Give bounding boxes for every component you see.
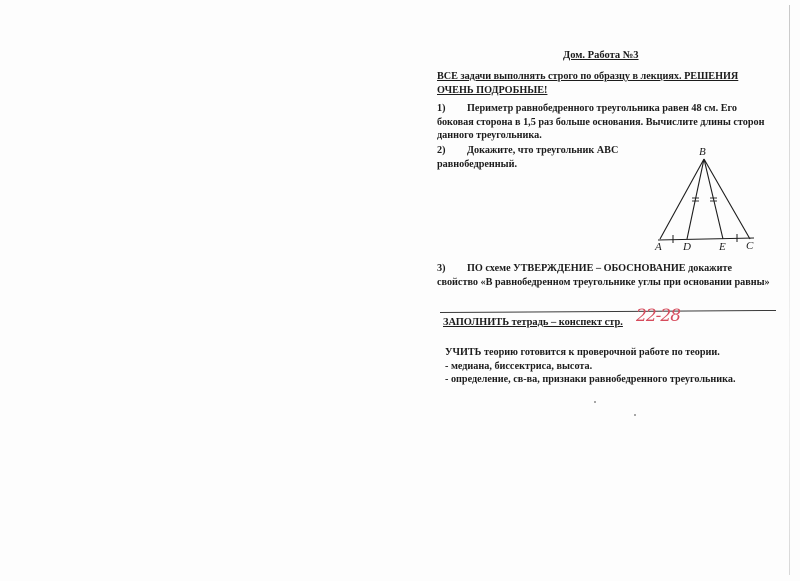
fill-notebook-instruction: ЗАПОЛНИТЬ тетрадь – конспект стр. xyxy=(443,317,623,328)
handwritten-page-range: 22-28 xyxy=(636,306,680,326)
fill-notebook-text: ЗАПОЛНИТЬ тетрадь – конспект стр. xyxy=(443,317,623,328)
triangle-diagram: B A D E C xyxy=(650,142,770,254)
study-heading: УЧИТЬ теорию готовится к проверочной раб… xyxy=(445,346,775,360)
scanned-page: Дом. Работа №3 ВСЕ задачи выполнять стро… xyxy=(0,0,800,581)
study-item: - определение, св-ва, признаки равнобедр… xyxy=(445,373,775,387)
label-e: E xyxy=(718,241,726,253)
task-number: 1) xyxy=(437,102,467,116)
section-divider xyxy=(440,310,776,313)
label-a: A xyxy=(654,241,662,253)
assignment-title: Дом. Работа №3 xyxy=(563,50,639,61)
task-3: 3)ПО схеме УТВЕРЖДЕНИЕ – ОБОСНОВАНИЕ док… xyxy=(437,262,772,289)
scan-speck xyxy=(634,414,636,416)
task-number: 2) xyxy=(437,144,467,158)
instructions-intro: ВСЕ задачи выполнять строго по образцу в… xyxy=(437,70,767,97)
scan-speck xyxy=(594,401,596,403)
page-edge-line xyxy=(789,5,790,575)
task-text: Периметр равнобедренного треугольника ра… xyxy=(437,103,765,141)
label-c: C xyxy=(746,240,754,252)
task-1: 1)Периметр равнобедренного треугольника … xyxy=(437,102,767,143)
label-b: B xyxy=(699,146,706,158)
label-d: D xyxy=(682,241,691,253)
task-2: 2)Докажите, что треугольник ABC равнобед… xyxy=(437,144,647,171)
study-section: УЧИТЬ теорию готовится к проверочной раб… xyxy=(445,346,775,387)
task-number: 3) xyxy=(437,262,467,276)
task-text: ПО схеме УТВЕРЖДЕНИЕ – ОБОСНОВАНИЕ докаж… xyxy=(437,263,770,288)
study-item: - медиана, биссектриса, высота. xyxy=(445,360,775,374)
